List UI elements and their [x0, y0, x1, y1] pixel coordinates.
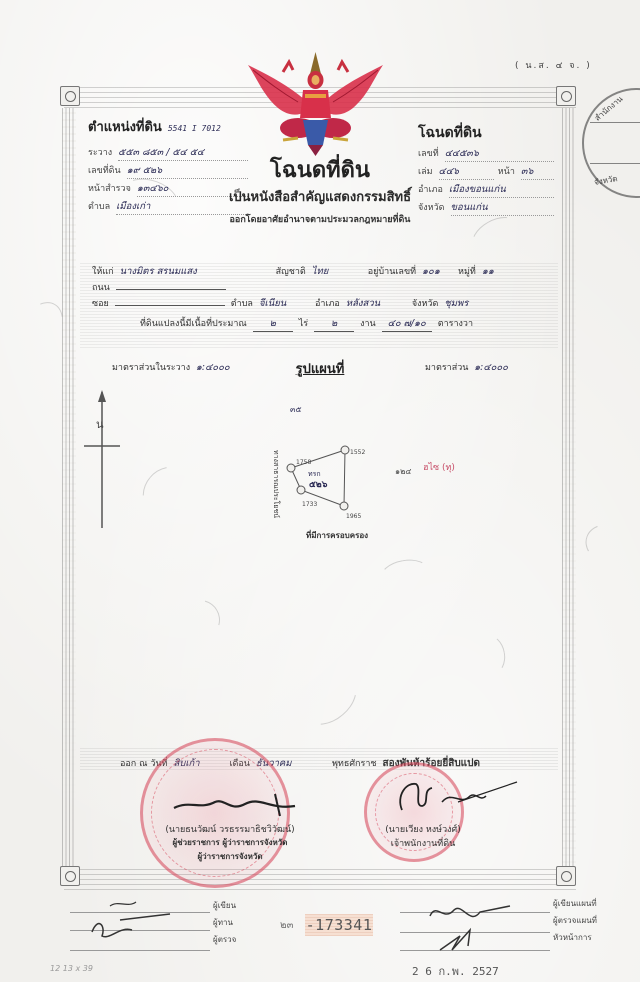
owner-name: นางมิตร สรนมแสง	[120, 264, 270, 279]
north-arrow-icon	[84, 390, 120, 528]
svg-text:๓๕: ๓๕	[290, 405, 302, 414]
owner-road	[116, 289, 226, 290]
corner-ornament-icon	[60, 866, 80, 886]
area-wa: ๔๐ ๗/๑๐	[382, 316, 432, 332]
document-subtitle: เป็นหนังสือสำคัญแสดงกรรมสิทธิ์	[0, 186, 640, 207]
svg-text:1758: 1758	[296, 459, 311, 466]
form-code: ( น.ส. ๔ จ. )	[515, 58, 592, 72]
owner-row: ให้แก่ นางมิตร สรนมแสง สัญชาติ ไทย อยู่บ…	[92, 264, 494, 279]
svg-text:ทางสาธารณประโยชน์: ทางสาธารณประโยชน์	[272, 450, 281, 518]
land-position-note: 5541 I 7012	[168, 124, 221, 133]
land-officer-name: (นายเวียง หงษ์วงศ์)	[368, 822, 478, 836]
frame-border-bottom	[64, 868, 576, 890]
clerk-signatures	[80, 896, 200, 946]
area-rai: ๒	[253, 316, 293, 332]
surveyor-signatures	[410, 896, 530, 956]
address-row: ซอย ตำบล จีเนียน อำเภอ หลังสวน จังหวัด ช…	[92, 296, 468, 311]
owner-moo: ๑๑	[482, 264, 494, 279]
series-prefix: ๒๓	[280, 920, 293, 931]
owner-amphoe: หลังสวน	[346, 296, 406, 311]
surveyor-roles: ผู้เขียนแผนที่ ผู้ตรวจแผนที่ หัวหน้าการ	[553, 898, 597, 943]
svg-text:1552: 1552	[350, 449, 365, 456]
road-row: ถนน	[92, 280, 226, 294]
owner-soi	[115, 305, 225, 306]
governor-title: ผู้ช่วยราชการ ผู้ว่าราชการจังหวัด	[130, 836, 330, 849]
deed-header: โฉนดที่ดิน	[418, 122, 558, 144]
owner-tambon: จีเนียน	[259, 296, 309, 311]
governor-name: (นายธนวัฒน์ วรธรรมาธิชวิวัฒน์)	[150, 822, 310, 836]
land-officer-title: เจ้าพนักงานที่ดิน	[368, 836, 478, 850]
clerk-roles: ผู้เขียน ผู้ทาน ผู้ตรวจ	[213, 900, 236, 945]
svg-text:ฮไซ (ทุ): ฮไซ (ทุ)	[423, 462, 455, 473]
parcel-map: น 1758 1552 1965 1733 ทรก ๕๒๖ ๓๕ ๑๒๔ ฮไซ…	[60, 380, 580, 560]
svg-text:น: น	[96, 418, 104, 431]
pencil-note: 12 13 x 39	[50, 964, 93, 973]
serial-number: -173341	[305, 914, 373, 936]
svg-text:1733: 1733	[302, 501, 317, 508]
svg-text:ที่มีการครอบครอง: ที่มีการครอบครอง	[306, 529, 368, 540]
land-position-header: ตำแหน่งที่ดิน	[88, 116, 162, 137]
svg-text:๑๒๔: ๑๒๔	[395, 467, 411, 476]
map-title: รูปแผนที่	[0, 358, 640, 379]
land-officer-signature	[392, 776, 522, 816]
governor-signature	[170, 790, 300, 820]
corner-ornament-icon	[556, 86, 576, 106]
area-row: ที่ดินแปลงนี้มีเนื้อที่ประมาณ ๒ ไร่ ๒ งา…	[140, 316, 473, 332]
corner-ornament-icon	[556, 866, 576, 886]
document-title: โฉนดที่ดิน	[0, 152, 640, 187]
area-ngan: ๒	[314, 316, 354, 332]
owner-house-no: ๑๐๑	[422, 264, 452, 279]
owner-nationality: ไทย	[312, 264, 362, 279]
owner-province: ชุมพร	[444, 296, 468, 311]
svg-text:ทรก: ทรก	[308, 470, 321, 478]
svg-text:๕๒๖: ๕๒๖	[309, 480, 328, 490]
garuda-emblem-icon	[243, 50, 388, 160]
corner-ornament-icon	[60, 86, 80, 106]
svg-text:1965: 1965	[346, 513, 361, 520]
issued-by-text: ออกโดยอาศัยอำนาจตามประมวลกฎหมายที่ดิน	[0, 212, 640, 226]
governor-title-2: ผู้ว่าราชการจังหวัด	[150, 850, 310, 863]
date-stamp: 2 6 ก.พ. 2527	[412, 962, 499, 980]
